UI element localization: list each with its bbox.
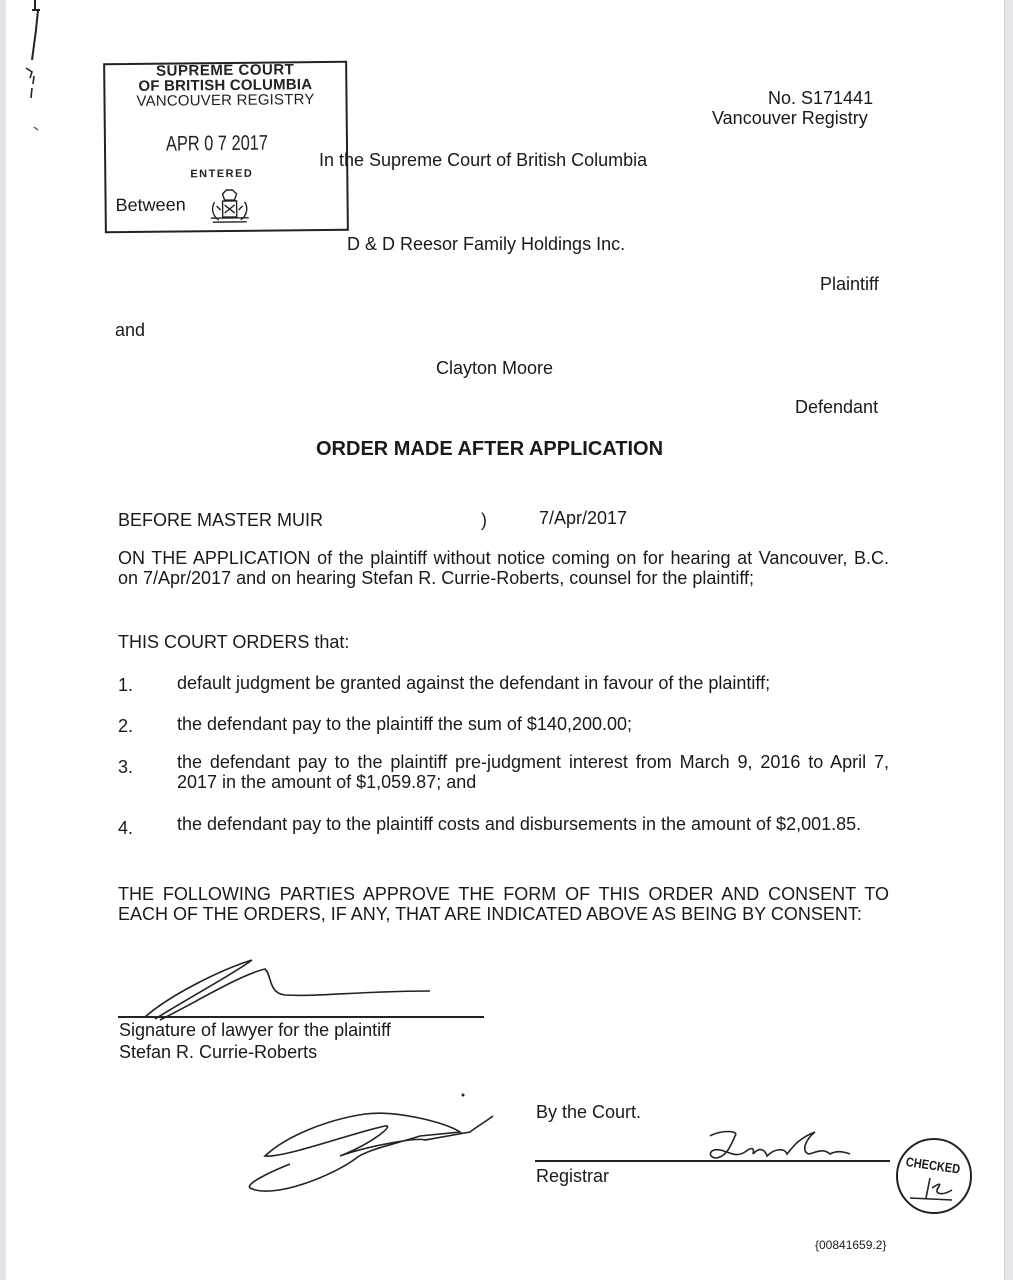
order-number: 4. — [118, 818, 133, 839]
order-text: default judgment be granted against the … — [177, 673, 889, 693]
page-edge-right — [1004, 0, 1013, 1280]
order-number: 3. — [118, 757, 133, 778]
master-signature-icon — [245, 1092, 490, 1202]
order-number: 1. — [118, 675, 133, 696]
file-number: No. S171441 — [768, 88, 873, 109]
plaintiff-label: Plaintiff — [820, 274, 879, 295]
stamp-line-3: VANCOUVER REGISTRY — [105, 91, 345, 111]
and-label: and — [115, 320, 145, 341]
registrar-signature-icon — [705, 1128, 855, 1168]
registrar-label: Registrar — [536, 1166, 609, 1187]
court-crest-icon — [204, 188, 254, 225]
signature-label: Signature of lawyer for the plaintiff — [119, 1020, 391, 1041]
order-title: ORDER MADE AFTER APPLICATION — [316, 438, 663, 461]
initials-mark-icon — [908, 1174, 964, 1204]
lawyer-signature-icon — [130, 955, 450, 1025]
page-edge-left — [0, 0, 6, 1280]
order-text: the defendant pay to the plaintiff costs… — [177, 814, 889, 834]
orders-intro: THIS COURT ORDERS that: — [118, 632, 349, 653]
registry-name: Vancouver Registry — [712, 108, 868, 129]
defendant-name: Clayton Moore — [436, 358, 553, 379]
order-number: 2. — [118, 716, 133, 737]
order-text: the defendant pay to the plaintiff the s… — [177, 714, 889, 734]
between-label: Between — [115, 194, 185, 216]
registry-stamp: SUPREME COURT OF BRITISH COLUMBIA VANCOU… — [103, 61, 349, 234]
stamp-date: APR 0 7 2017 — [166, 132, 268, 157]
stamp-entered: ENTERED — [190, 168, 253, 181]
before-date: 7/Apr/2017 — [539, 508, 627, 529]
document-reference: {00841659.2} — [815, 1238, 886, 1252]
consent-paragraph: THE FOLLOWING PARTIES APPROVE THE FORM O… — [118, 884, 889, 924]
margin-mark-icon — [20, 0, 60, 140]
defendant-label: Defendant — [795, 397, 878, 418]
before-master: BEFORE MASTER MUIR — [118, 510, 323, 531]
lawyer-name: Stefan R. Currie-Roberts — [119, 1042, 317, 1063]
court-name: In the Supreme Court of British Columbia — [319, 150, 647, 171]
application-paragraph: ON THE APPLICATION of the plaintiff with… — [118, 548, 889, 588]
lawyer-signature-line — [118, 1016, 484, 1018]
plaintiff-name: D & D Reesor Family Holdings Inc. — [347, 234, 625, 255]
checked-stamp: CHECKED — [896, 1138, 972, 1214]
registrar-signature-line — [535, 1160, 890, 1162]
before-bracket: ) — [481, 510, 487, 531]
order-text: the defendant pay to the plaintiff pre-j… — [177, 752, 889, 792]
by-the-court-label: By the Court. — [536, 1102, 641, 1123]
